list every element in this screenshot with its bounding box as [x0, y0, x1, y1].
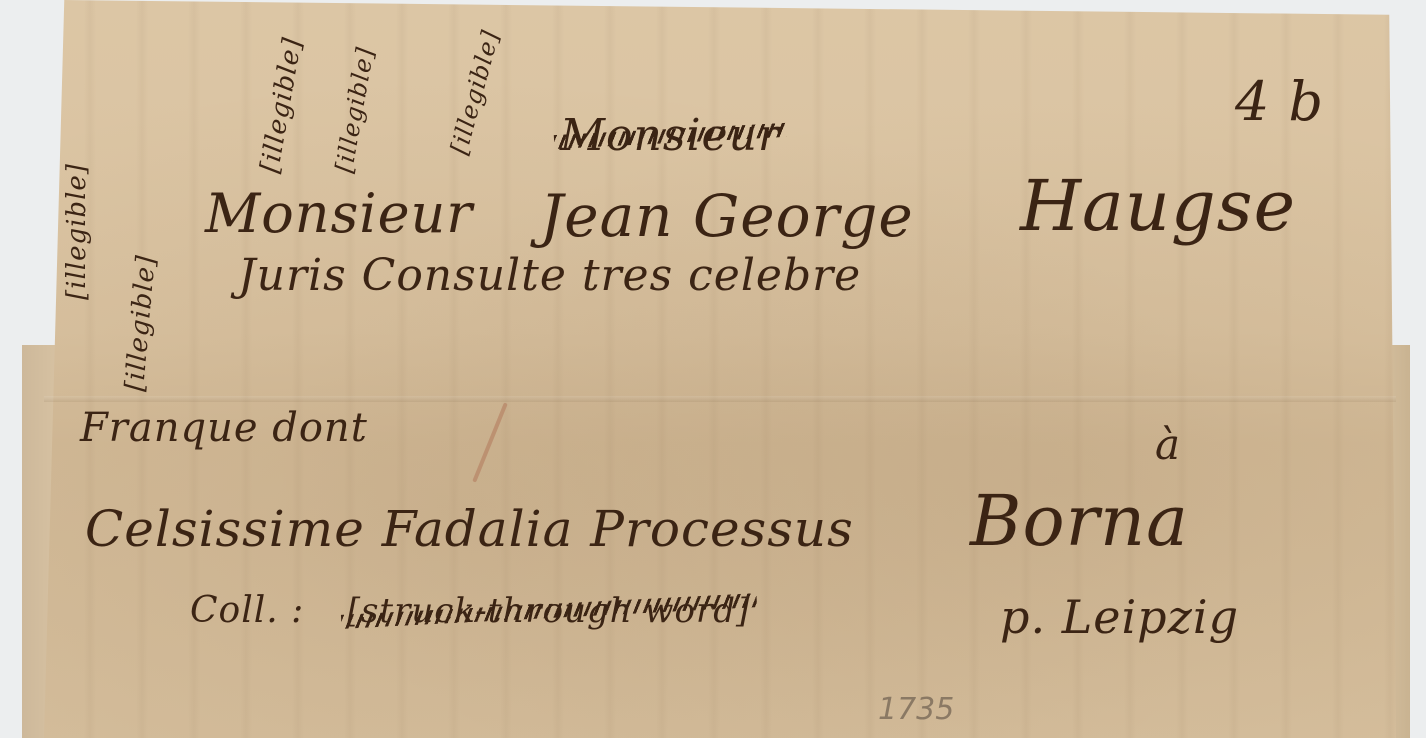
addressee-profession: Juris Consulte tres celebre [238, 250, 861, 301]
addressee-name: Jean George [540, 182, 914, 250]
destination-route: p. Leipzig [1000, 590, 1239, 644]
destination-prefix: à [1155, 420, 1181, 469]
fold-crease [44, 396, 1396, 402]
destination-town: Borna [970, 480, 1189, 562]
endorsement-line-3: Coll. : [struck-through word] [190, 590, 750, 631]
franking-note: Franque dont [80, 405, 368, 451]
postage-rate-mark: 4 b [1235, 70, 1324, 133]
margin-note: [illegible] [62, 163, 92, 300]
struck-salutation: Monsieur [560, 110, 780, 161]
addressee-title: Monsieur [205, 182, 473, 245]
addressee-surname: Haugse [1020, 165, 1296, 247]
endorsement-line: Celsissime Fadalia Processus [85, 500, 854, 558]
pencil-date-note: 1735 [878, 692, 954, 727]
